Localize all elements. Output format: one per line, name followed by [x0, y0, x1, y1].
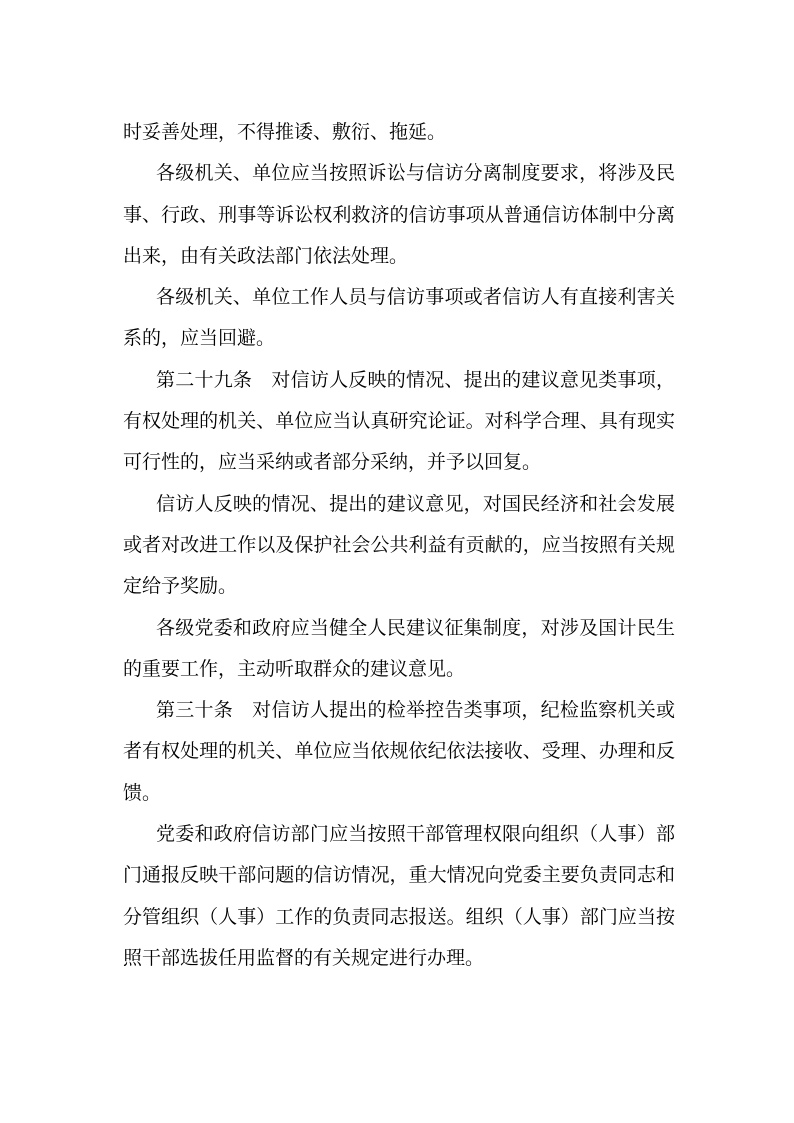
text-line: 第三十条 对信访人提出的检举控告类事项，纪检监察机关或 — [123, 690, 675, 731]
text-line: 各级机关、单位工作人员与信访事项或者信访人有直接利害关 — [123, 277, 675, 318]
text-line: 可行性的，应当采纳或者部分采纳，并予以回复。 — [123, 442, 675, 483]
text-line: 定给予奖励。 — [123, 566, 675, 607]
text-block: 时妥善处理，不得推诿、敷衍、拖延。各级机关、单位应当按照诉讼与信访分离制度要求，… — [123, 112, 675, 979]
text-line: 者有权处理的机关、单位应当依规依纪依法接收、受理、办理和反 — [123, 731, 675, 772]
text-line: 的重要工作，主动听取群众的建议意见。 — [123, 649, 675, 690]
document-page: 时妥善处理，不得推诿、敷衍、拖延。各级机关、单位应当按照诉讼与信访分离制度要求，… — [0, 0, 794, 1123]
text-line: 有权处理的机关、单位应当认真研究论证。对科学合理、具有现实 — [123, 401, 675, 442]
text-line: 事、行政、刑事等诉讼权利救济的信访事项从普通信访体制中分离 — [123, 195, 675, 236]
text-line: 分管组织（人事）工作的负责同志报送。组织（人事）部门应当按 — [123, 897, 675, 938]
text-line: 或者对改进工作以及保护社会公共利益有贡献的，应当按照有关规 — [123, 525, 675, 566]
text-line: 各级机关、单位应当按照诉讼与信访分离制度要求，将涉及民 — [123, 153, 675, 194]
text-line: 党委和政府信访部门应当按照干部管理权限向组织（人事）部 — [123, 814, 675, 855]
text-line: 各级党委和政府应当健全人民建议征集制度，对涉及国计民生 — [123, 608, 675, 649]
text-line: 时妥善处理，不得推诿、敷衍、拖延。 — [123, 112, 675, 153]
text-line: 信访人反映的情况、提出的建议意见，对国民经济和社会发展 — [123, 484, 675, 525]
text-line: 出来，由有关政法部门依法处理。 — [123, 236, 675, 277]
text-line: 馈。 — [123, 773, 675, 814]
text-line: 系的，应当回避。 — [123, 318, 675, 359]
text-line: 第二十九条 对信访人反映的情况、提出的建议意见类事项， — [123, 360, 675, 401]
text-line: 照干部选拔任用监督的有关规定进行办理。 — [123, 938, 675, 979]
text-line: 门通报反映干部问题的信访情况，重大情况向党委主要负责同志和 — [123, 855, 675, 896]
